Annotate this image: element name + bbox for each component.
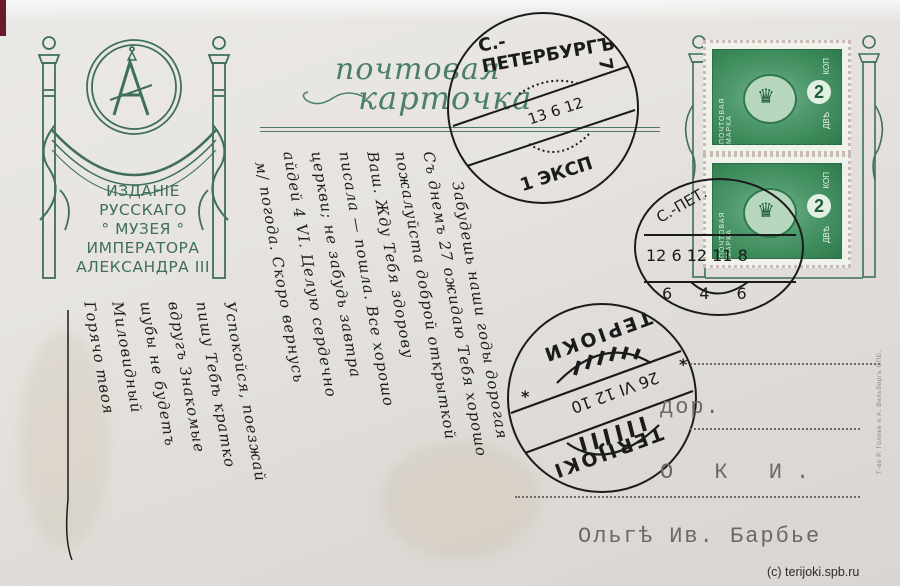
- publisher-line: АЛЕКСАНДРА III: [58, 258, 228, 277]
- postmark-code: 6 4 6: [662, 284, 747, 303]
- postcard: ИЗДАНІЕ РУССКАГО ° МУЗЕЯ ° ИМПЕРАТОРА АЛ…: [0, 0, 900, 586]
- printer-imprint: Т-во Р. Голике и А. Вильборгъ СПБ.: [876, 350, 883, 474]
- watermark-copyright: (c) terijoki.spb.ru: [767, 565, 859, 579]
- publisher-line: РУССКАГО: [58, 201, 228, 220]
- recipient-name: Ольгѣ Ив. Барбье: [578, 524, 821, 549]
- publisher-line: ИЗДАНІЕ: [58, 182, 228, 201]
- postage-stamp: ПОЧТОВАЯ МАРКА ♛ КОП 2 ДВѢ: [703, 40, 851, 154]
- frame-edge: [0, 0, 6, 36]
- publisher-line: ИМПЕРАТОРА: [58, 239, 228, 258]
- address-line-2: О К И.: [660, 460, 823, 485]
- address-line-rule: [690, 428, 860, 430]
- stamp-denomination: 2: [807, 80, 831, 104]
- star-icon: *: [521, 387, 529, 406]
- postmark-date: 12 6 12 11 8: [646, 246, 748, 265]
- postmark-st-petersburg-1: С.-ПЕТЕРБУРГЪ 13 6 12 7 1 ЭКСП: [447, 12, 639, 204]
- postmark-st-petersburg-2: С.-ПЕТ. 12 6 12 11 8 6 4 6: [634, 178, 804, 316]
- address-line-rule: [515, 496, 860, 498]
- double-headed-eagle-icon: ♛: [757, 84, 775, 109]
- address-line-1: дор.: [660, 395, 721, 420]
- stamp-label: ДВѢ: [822, 226, 831, 243]
- signature-flourish: [58, 310, 78, 570]
- publisher-imprint: ИЗДАНІЕ РУССКАГО ° МУЗЕЯ ° ИМПЕРАТОРА АЛ…: [58, 182, 228, 277]
- stamp-unit: КОП: [822, 58, 831, 75]
- stamp-country-text: ПОЧТОВАЯ МАРКА: [719, 68, 733, 144]
- star-icon: *: [679, 355, 687, 374]
- address-line-rule: [690, 363, 880, 365]
- stamp-unit: КОП: [822, 172, 831, 189]
- publisher-line: ° МУЗЕЯ °: [58, 220, 228, 239]
- stamp-denomination: 2: [807, 194, 831, 218]
- stamp-label: ДВѢ: [822, 112, 831, 129]
